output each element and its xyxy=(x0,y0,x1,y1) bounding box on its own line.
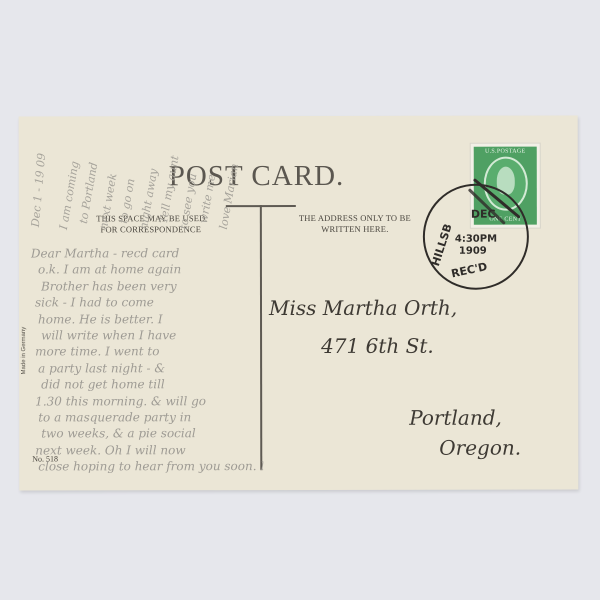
message-date: Dec 1 - 19 09 xyxy=(29,153,48,228)
message-line: a party last night - & xyxy=(38,361,263,375)
message-line: close hoping to hear from you soon. Mari… xyxy=(38,459,263,473)
message-line: Dear Martha - recd card xyxy=(31,246,256,260)
message-line: home. He is better. I xyxy=(38,312,263,326)
vertical-message-lines: I am comingto Portlandnext weekto go onn… xyxy=(19,116,578,117)
message-line: more time. I went to xyxy=(35,344,260,358)
message-line: two weeks, & a pie social xyxy=(41,426,266,440)
message-line: 1.30 this morning. & will go xyxy=(35,394,260,408)
stamp-top-text: U.S.POSTAGE xyxy=(485,149,526,155)
address-label-line: WRITTEN HERE. xyxy=(285,224,425,235)
message-line: next week. Oh I will now xyxy=(35,443,260,457)
message-line: Brother has been very xyxy=(41,279,266,293)
postmark: HILLSB DEC 4:30PM 1909 REC'D xyxy=(423,184,529,290)
message-body: Dear Martha - recd cardo.k. I am at home… xyxy=(19,116,578,117)
postcard: POST CARD. THIS SPACE MAY BE USED FOR CO… xyxy=(19,116,579,491)
postmark-status: REC'D xyxy=(450,260,488,280)
message-line: to a masquerade party in xyxy=(38,410,263,424)
postmark-month: DEC xyxy=(471,208,496,221)
address-state: Oregon. xyxy=(439,436,521,460)
made-in-germany-label: Made in Germany xyxy=(21,327,27,375)
message-line: did not get home till xyxy=(41,377,266,391)
postmark-time: 4:30PM xyxy=(455,234,497,245)
address-street: 471 6th St. xyxy=(321,334,434,358)
address-label: THE ADDRESS ONLY TO BE WRITTEN HERE. xyxy=(285,213,425,235)
message-line: o.k. I am at home again xyxy=(38,262,263,276)
address-name: Miss Martha Orth, xyxy=(269,296,457,320)
postmark-town: HILLSB xyxy=(429,222,455,268)
message-line: sick - I had to come xyxy=(35,295,260,309)
message-line: will write when I have xyxy=(41,328,266,342)
postmark-year: 1909 xyxy=(459,246,487,257)
address-city: Portland, xyxy=(409,406,502,430)
address-label-line: THE ADDRESS ONLY TO BE xyxy=(285,213,425,224)
